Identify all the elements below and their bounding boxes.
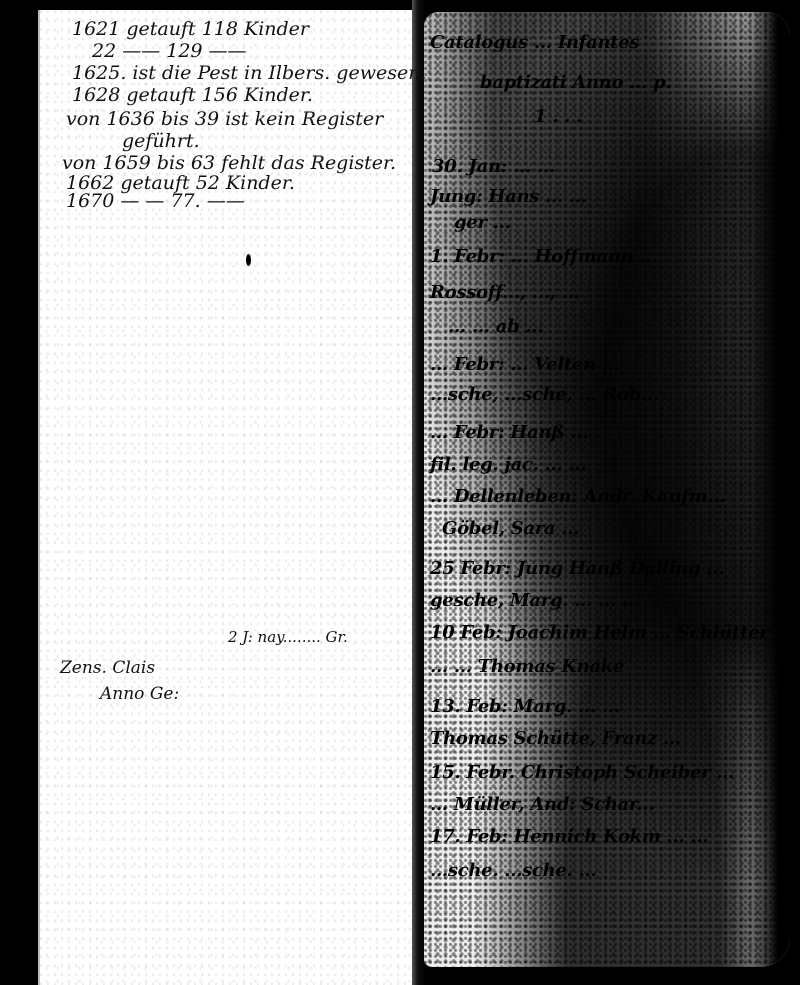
register-line: 22 —— 129 —— [92,42,247,61]
register-line: baptizati Anno ... p. [480,74,671,92]
left-page: 1621 getauft 118 Kinder 22 —— 129 —— 162… [38,10,416,985]
register-line: 15. Febr. Christoph Scheiber ... [430,764,734,782]
register-line: von 1636 bis 39 ist kein Register [66,110,383,129]
register-line: ... Febr: Hanß ... [430,424,588,442]
register-line: Göbel, Sara ... [442,520,579,538]
register-line: Catalogus ... Infantes [430,34,639,52]
register-line: 1625. ist die Pest in Ilbers. gewesen. [72,64,427,83]
register-line: 10 Feb: Joachim Helm ... Schlütter [430,624,768,642]
register-line: ... Müller, And: Schar... [430,796,654,814]
register-line: gesche, Marg. ... ... ... [430,592,640,610]
register-line: Rossoff..., ..., ... [430,284,580,302]
register-line: ger ... [454,214,511,232]
register-line: 1 . . . [534,108,582,126]
register-line: 1. Febr: ... Hoffmann ... [430,248,657,266]
register-line: Jung: Hans ... ... [430,188,587,206]
register-line: ... ... Thomas Knake [430,658,624,676]
register-line: 17. Feb: Hennich Kokm ... ... [430,828,708,846]
register-line: 1621 getauft 118 Kinder [72,20,309,39]
register-line: 1670 — — 77. —— [66,192,245,211]
register-line: ... ... ab ... [448,318,543,336]
margin-note: Anno Ge: [100,686,179,703]
register-line: ...sche, ...sche, ... Rob... [430,386,659,404]
margin-note: 2 J: nay........ Gr. [228,630,348,645]
register-line: von 1659 bis 63 fehlt das Register. [62,154,396,173]
margin-note: Zens. Clais [60,660,155,677]
right-page: Catalogus ... Infantes baptizati Anno ..… [424,12,790,967]
register-line: 13. Feb: Marg. ... ... [430,698,620,716]
register-line: 25 Febr: Jung Hanß Dalling ... [430,560,724,578]
register-line: fil. leg. jac. ... ... [430,456,586,474]
ink-blot [246,254,251,266]
register-line: ... Febr: ... Velten ... [430,356,620,374]
register-line: 30. Jan: ... ... [432,158,555,176]
register-line: ...sche. ...sche. ... [430,862,596,880]
register-line: ... Dellenleben: Andr. Kaufm... [430,488,725,506]
register-line: geführt. [122,132,200,151]
register-line: 1628 getauft 156 Kinder. [72,86,313,105]
register-line: Thomas Schütte, Franz ... [430,730,681,748]
